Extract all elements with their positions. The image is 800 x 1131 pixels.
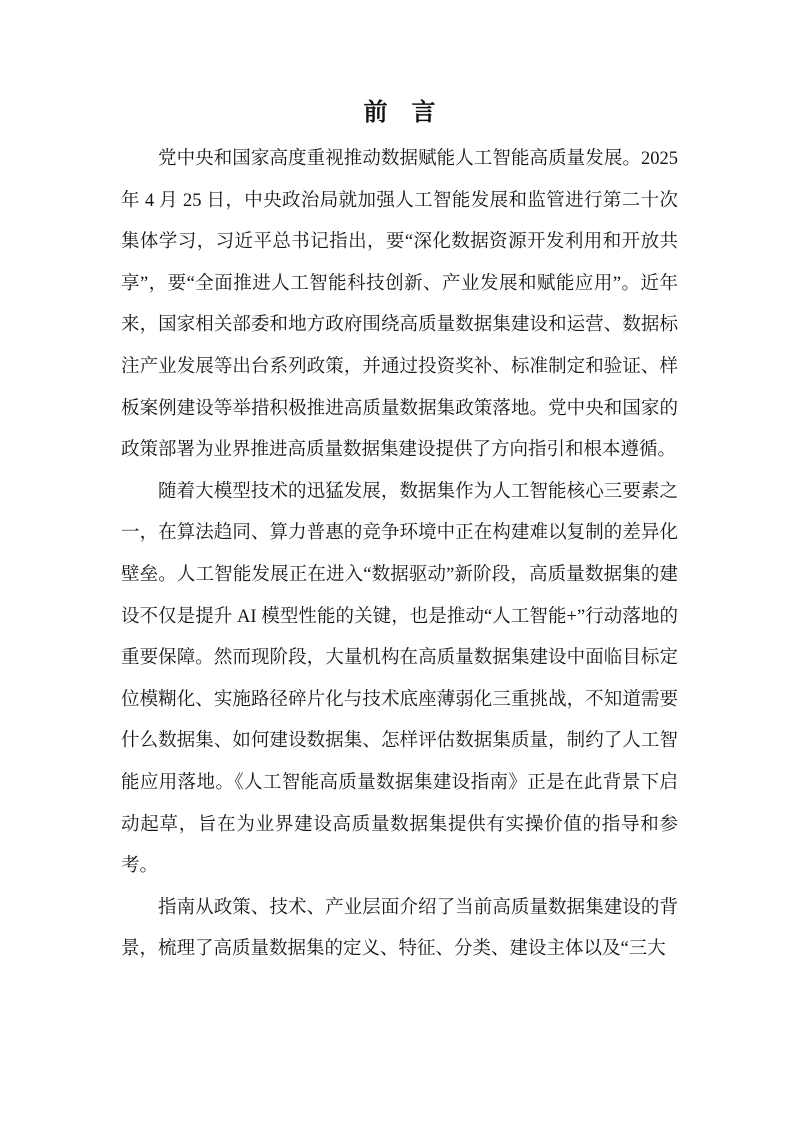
document-page: 前 言 党中央和国家高度重视推动数据赋能人工智能高质量发展。2025 年 4 月… — [0, 0, 800, 1131]
paragraph-policy-background: 党中央和国家高度重视推动数据赋能人工智能高质量发展。2025 年 4 月 25 … — [121, 139, 678, 472]
document-body: 党中央和国家高度重视推动数据赋能人工智能高质量发展。2025 年 4 月 25 … — [121, 139, 678, 971]
paragraph-industry-challenges: 随着大模型技术的迅猛发展，数据集作为人工智能核心三要素之一，在算法趋同、算力普惠… — [121, 472, 678, 888]
paragraph-guide-overview: 指南从政策、技术、产业层面介绍了当前高质量数据集建设的背景，梳理了高质量数据集的… — [121, 888, 678, 971]
document-title: 前 言 — [121, 98, 678, 128]
